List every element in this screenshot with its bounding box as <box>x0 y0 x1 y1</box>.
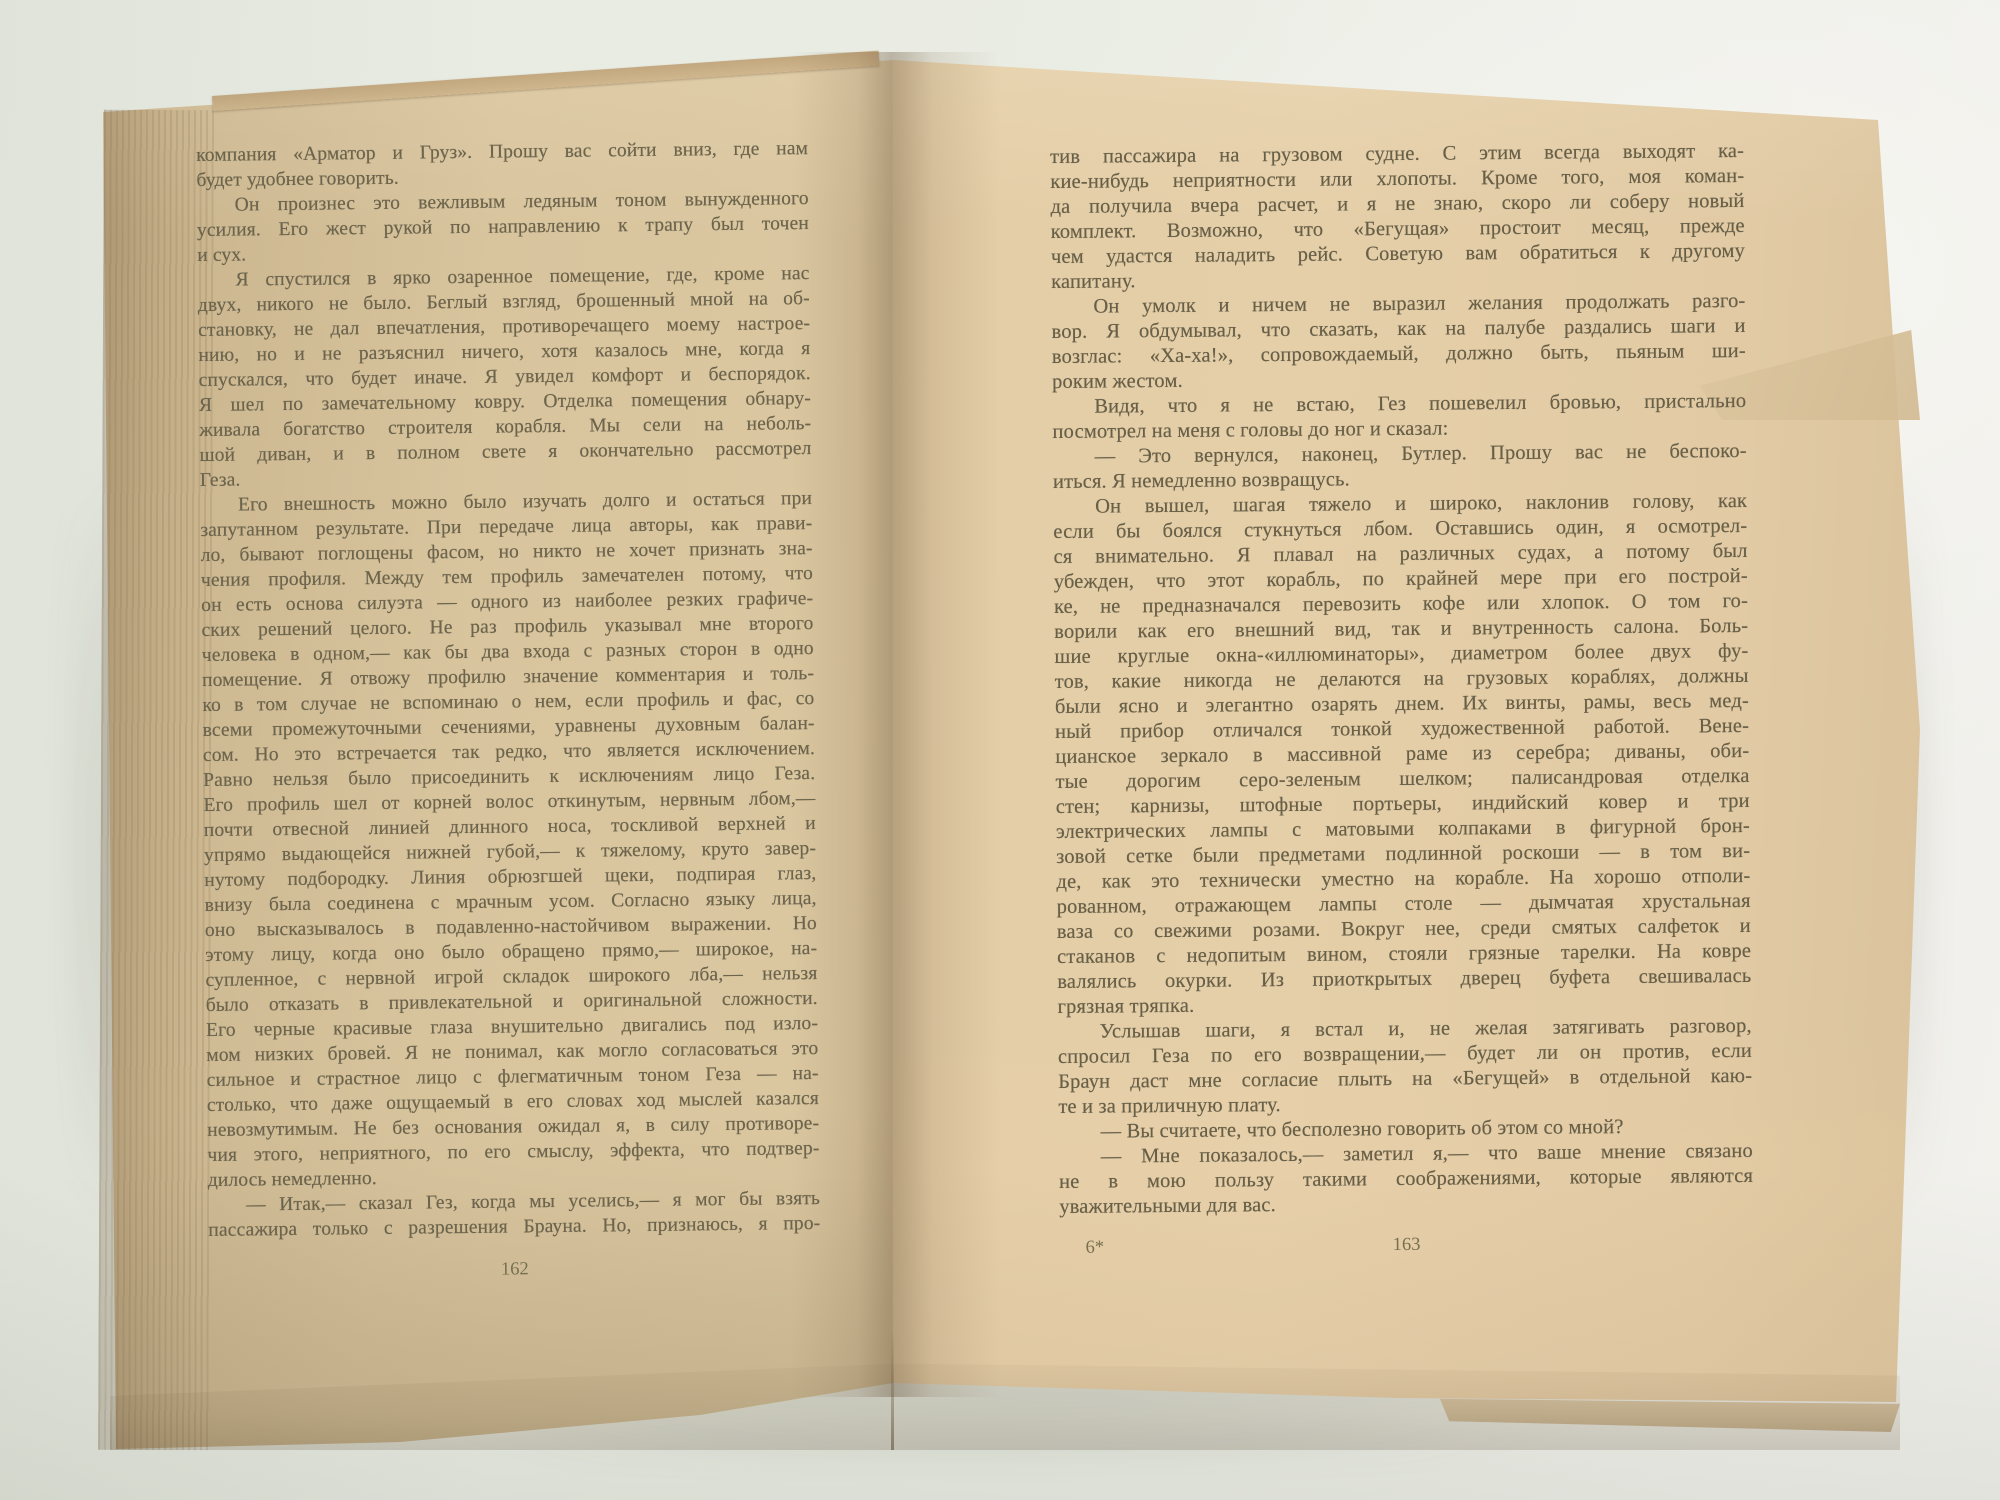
right-page-footer: 6* 163 <box>1060 1230 1754 1260</box>
right-page-lines: тив пассажира на грузовом судне. С этим … <box>1050 139 1753 1220</box>
gutter-crease-line <box>891 1330 894 1450</box>
gutter-shadow <box>790 52 1000 1397</box>
photo-open-book: компания «Арматор и Груз». Прошу вас сой… <box>0 0 2000 1500</box>
text-line: уважительными для вас. <box>1059 1189 1753 1220</box>
left-page-lines: компания «Арматор и Груз». Прошу вас сой… <box>196 136 820 1243</box>
left-page-text-column: компания «Арматор и Груз». Прошу вас сой… <box>196 136 821 1286</box>
right-page-text-column: тив пассажира на грузовом судне. С этим … <box>1050 139 1754 1260</box>
